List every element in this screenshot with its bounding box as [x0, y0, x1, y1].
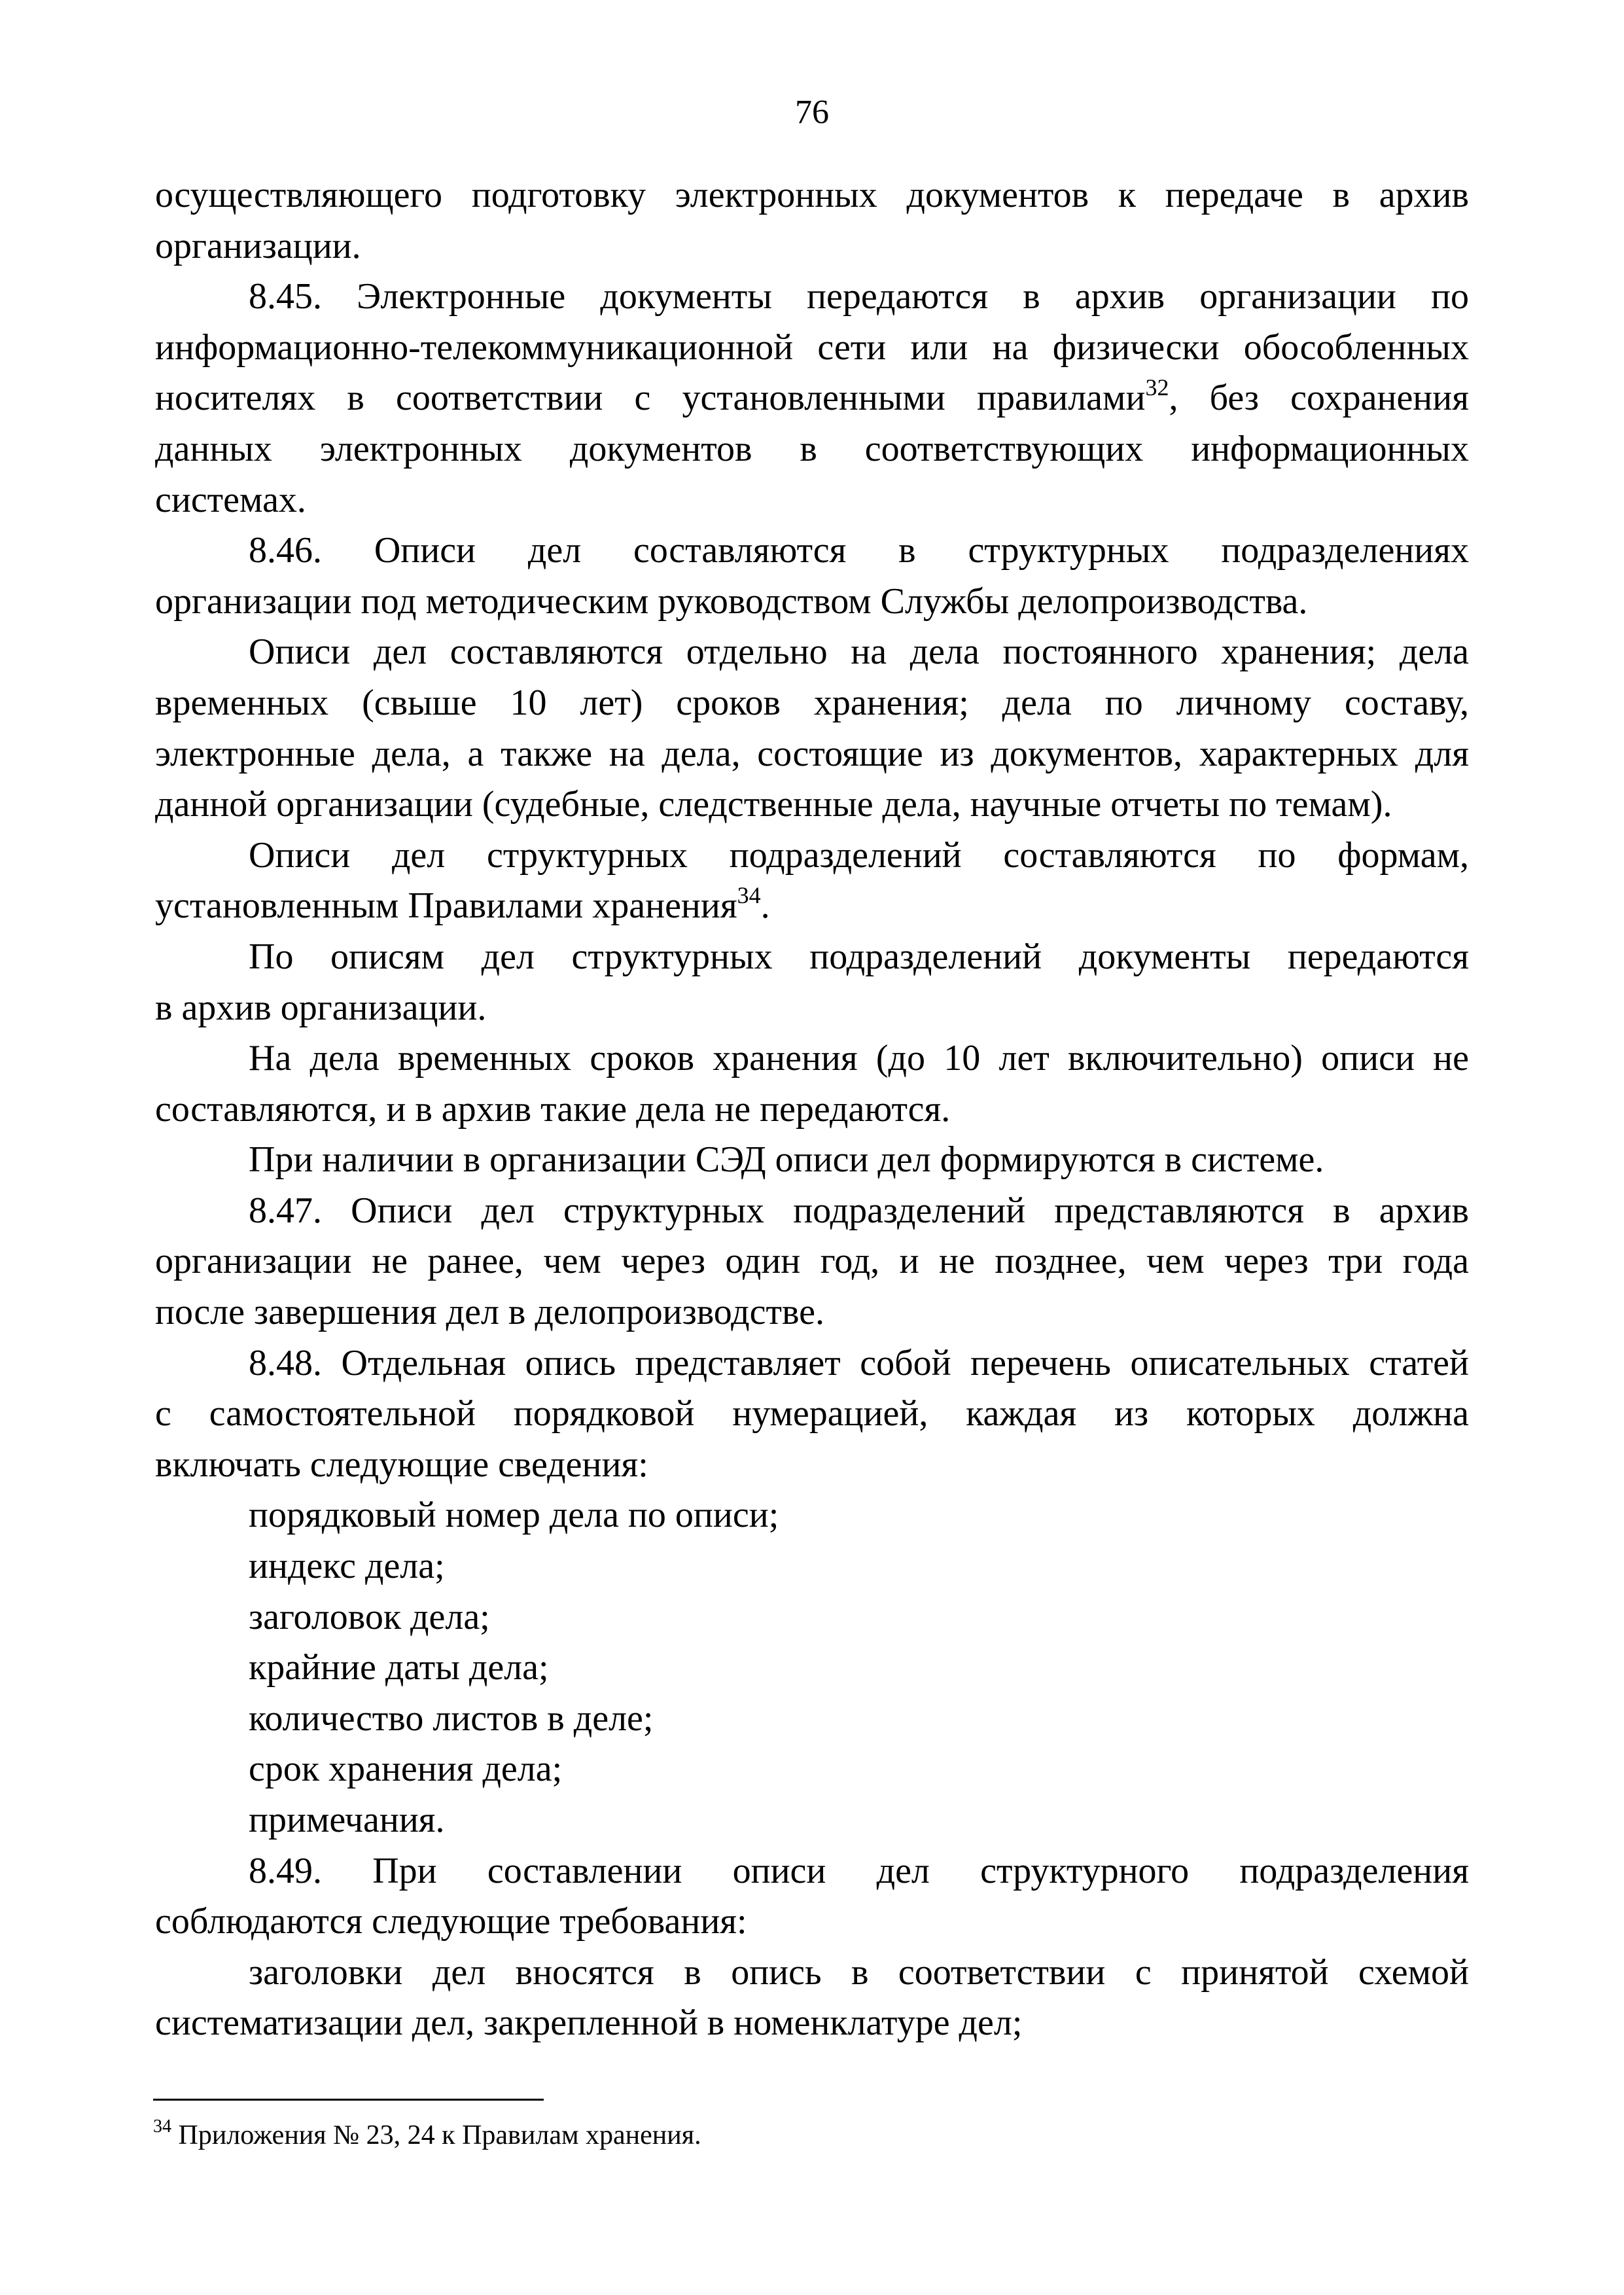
page-number: 76	[0, 93, 1624, 132]
section-8-46-heading-line: 8.46. Описи дел составляются в структурн…	[155, 525, 1469, 577]
text-line: организации не ранее, чем через один год…	[155, 1236, 1469, 1287]
text-segment: .	[761, 885, 770, 926]
text-line: в архив организации.	[155, 983, 1469, 1034]
text-line: включать следующие сведения:	[155, 1440, 1469, 1491]
list-item: срок хранения дела;	[155, 1744, 1469, 1795]
text-line: Описи дел составляются отдельно на дела …	[155, 627, 1469, 678]
list-item: примечания.	[155, 1795, 1469, 1846]
text-line-with-footnote-ref: установленным Правилами хранения34.	[155, 881, 1469, 932]
document-body: осуществляющего подготовку электронных д…	[155, 170, 1469, 2049]
text-segment: , без сохранения	[1169, 378, 1469, 418]
text-line: На дела временных сроков хранения (до 10…	[155, 1033, 1469, 1084]
text-segment: установленным Правилами хранения	[155, 885, 737, 926]
text-segment: носителях в соответствии с установленным…	[155, 378, 1145, 418]
text-line: организации под методическим руководство…	[155, 577, 1469, 628]
text-line: составляются, и в архив такие дела не пе…	[155, 1084, 1469, 1135]
text-line: организации.	[155, 221, 1469, 272]
text-line: Описи дел структурных подразделений сост…	[155, 830, 1469, 881]
footnote-marker: 34	[153, 2116, 171, 2137]
text-line: заголовки дел вносятся в опись в соответ…	[155, 1948, 1469, 1999]
list-item: количество листов в деле;	[155, 1694, 1469, 1745]
text-line: данных электронных документов в соответс…	[155, 424, 1469, 475]
list-item: порядковый номер дела по описи;	[155, 1490, 1469, 1541]
footnote-34: 34 Приложения № 23, 24 к Правилам хранен…	[153, 2118, 701, 2153]
section-8-48-heading-line: 8.48. Отдельная опись представляет собой…	[155, 1338, 1469, 1389]
text-line: системах.	[155, 475, 1469, 526]
footnote-reference-34: 34	[737, 882, 761, 908]
text-line: соблюдаются следующие требования:	[155, 1896, 1469, 1948]
section-8-49-heading-line: 8.49. При составлении описи дел структур…	[155, 1846, 1469, 1897]
text-line: При наличии в организации СЭД описи дел …	[155, 1135, 1469, 1186]
text-line: данной организации (судебные, следственн…	[155, 779, 1469, 830]
footnote-text: Приложения № 23, 24 к Правилам хранения.	[171, 2120, 701, 2150]
text-line: систематизации дел, закрепленной в номен…	[155, 1998, 1469, 2049]
footnote-reference-32: 32	[1145, 374, 1169, 400]
text-line: осуществляющего подготовку электронных д…	[155, 170, 1469, 221]
list-item: крайние даты дела;	[155, 1643, 1469, 1694]
text-line: после завершения дел в делопроизводстве.	[155, 1287, 1469, 1338]
list-item: заголовок дела;	[155, 1592, 1469, 1643]
footnote-separator	[153, 2099, 544, 2101]
text-line-with-footnote-ref: носителях в соответствии с установленным…	[155, 373, 1469, 424]
text-line: с самостоятельной порядковой нумерацией,…	[155, 1389, 1469, 1440]
text-line: временных (свыше 10 лет) сроков хранения…	[155, 678, 1469, 729]
section-8-47-heading-line: 8.47. Описи дел структурных подразделени…	[155, 1186, 1469, 1237]
text-line: информационно-телекоммуникационной сети …	[155, 323, 1469, 374]
text-line: электронные дела, а также на дела, состо…	[155, 729, 1469, 780]
list-item: индекс дела;	[155, 1541, 1469, 1592]
section-8-45-heading-line: 8.45. Электронные документы передаются в…	[155, 272, 1469, 323]
text-line: По описям дел структурных подразделений …	[155, 932, 1469, 983]
